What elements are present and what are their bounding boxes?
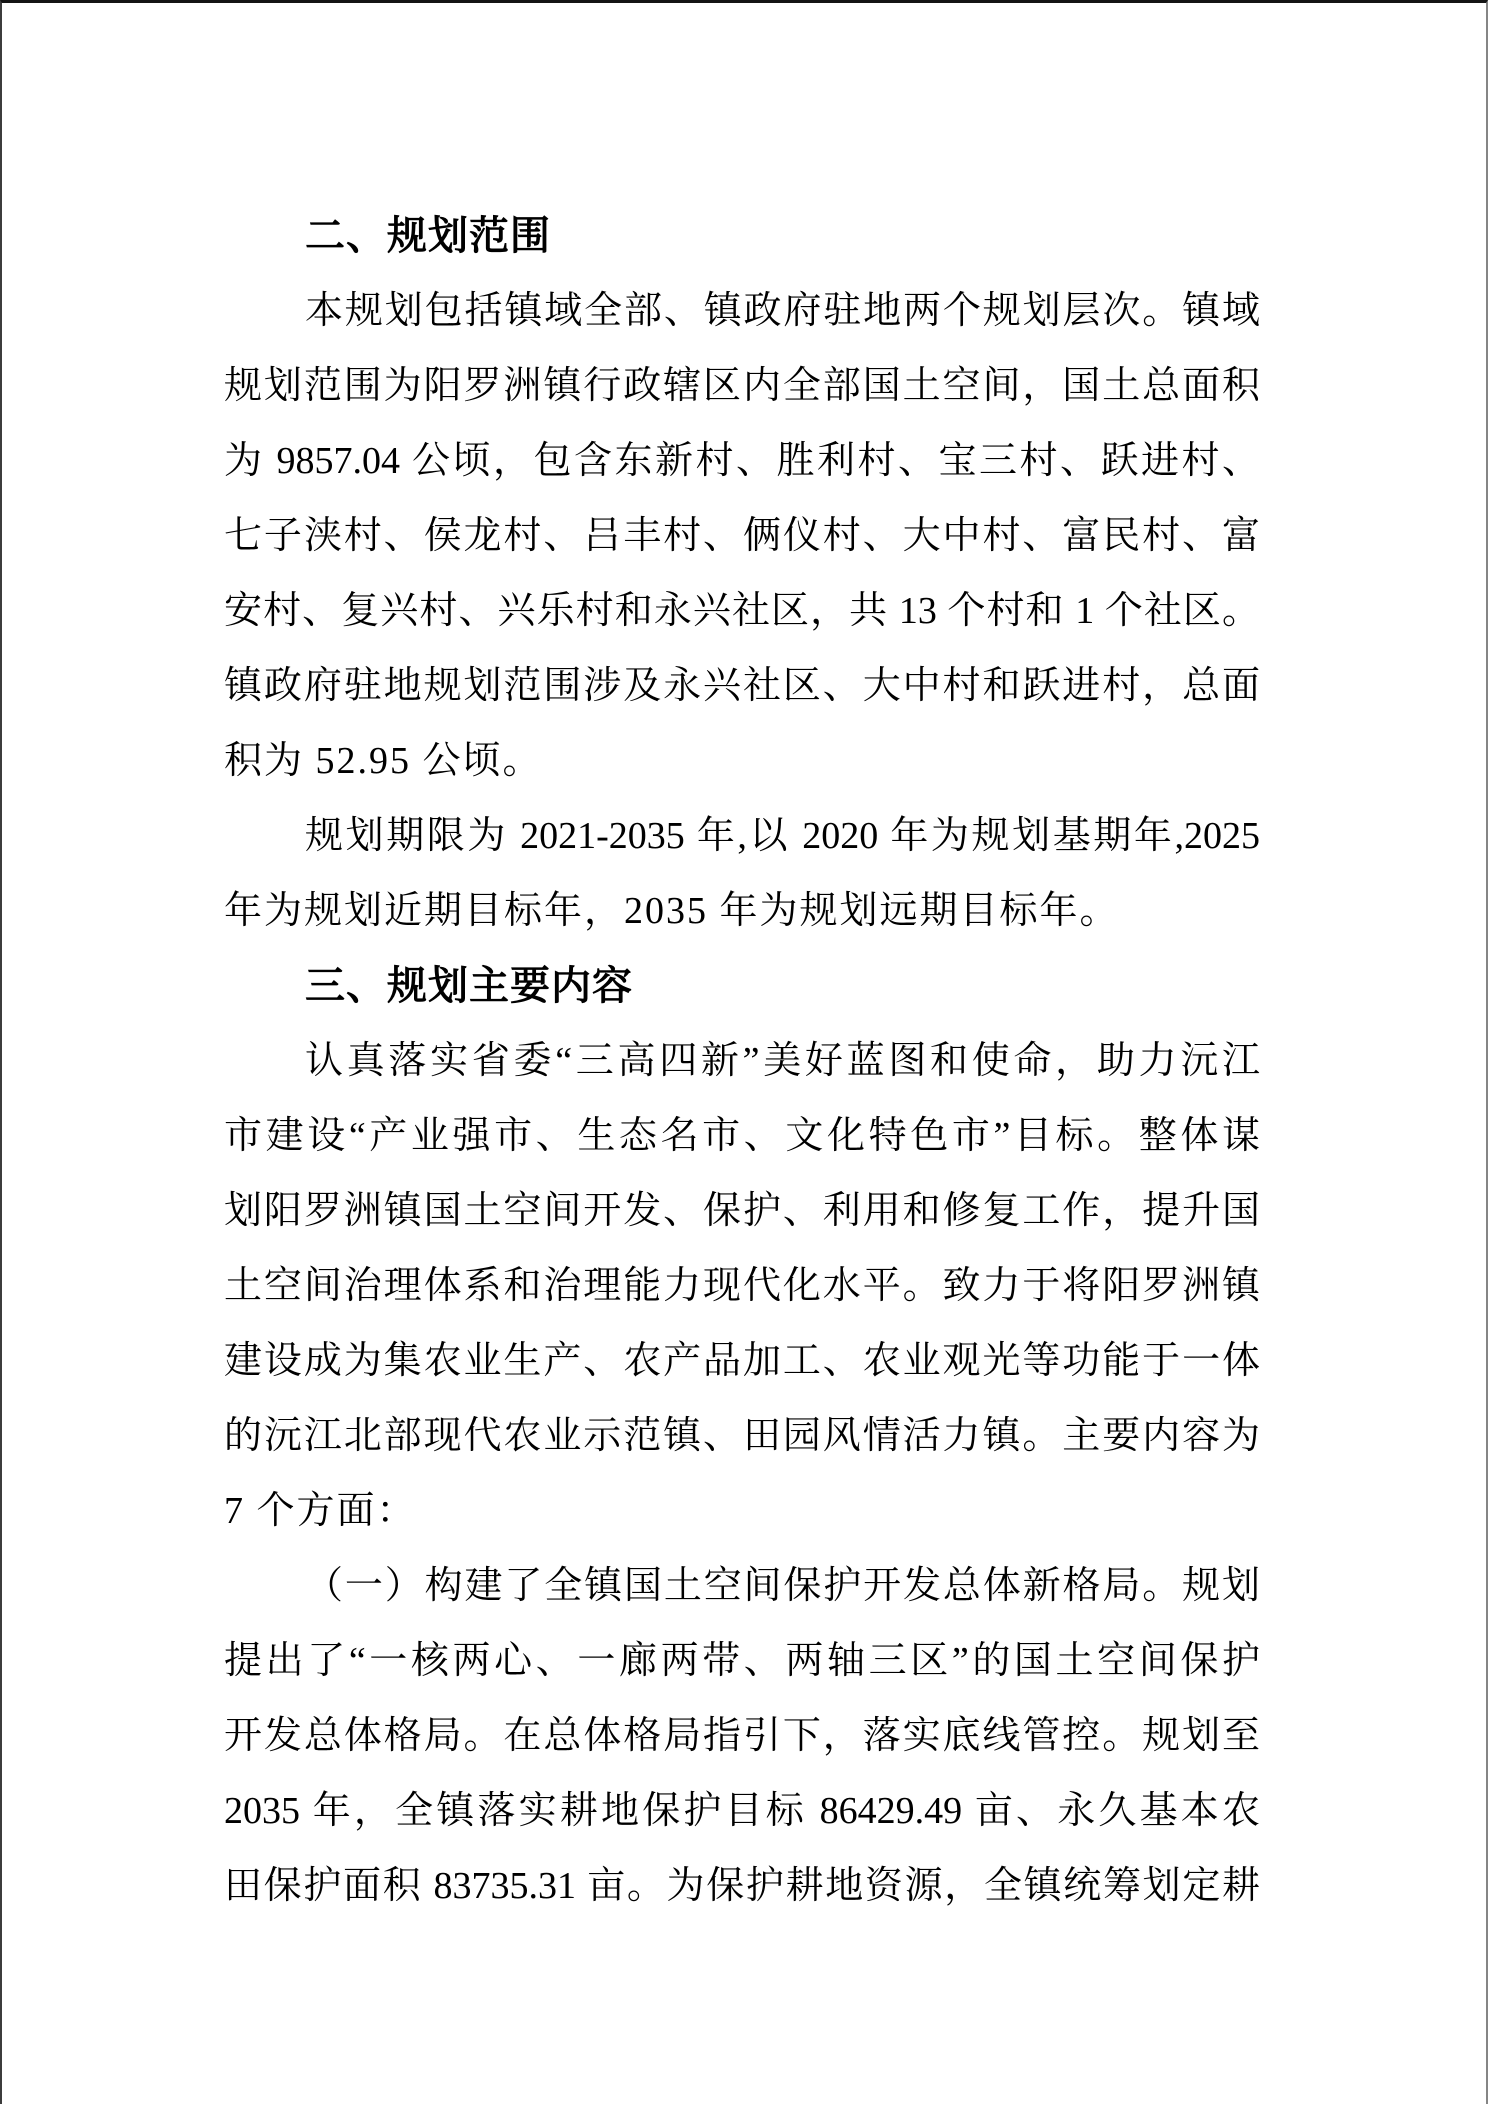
paragraph-main-content-intro: 认真落实省委“三高四新”美好蓝图和使命，助力沅江市建设“产业强市、生态名市、文化… [224, 1024, 1260, 1549]
text-line: 安村、复兴村、兴乐村和永兴社区，共 13 个村和 1 个社区。 [224, 574, 1260, 649]
text-line: 划阳罗洲镇国土空间开发、保护、利用和修复工作，提升国 [224, 1174, 1260, 1249]
text-line: 年为规划近期目标年，2035 年为规划远期目标年。 [224, 874, 1260, 949]
text-line: 提出了“一核两心、一廊两带、两轴三区”的国土空间保护 [224, 1624, 1260, 1699]
paragraph-planning-period: 规划期限为 2021-2035 年,以 2020 年为规划基期年,2025年为规… [224, 799, 1260, 949]
document-page: 二、规划范围 本规划包括镇域全部、镇政府驻地两个规划层次。镇域规划范围为阳罗洲镇… [0, 0, 1488, 2104]
text-line: 土空间治理体系和治理能力现代化水平。致力于将阳罗洲镇 [224, 1249, 1260, 1324]
text-line: 市建设“产业强市、生态名市、文化特色市”目标。整体谋 [224, 1099, 1260, 1174]
text-line: 开发总体格局。在总体格局指引下，落实底线管控。规划至 [224, 1699, 1260, 1774]
text-line: 规划范围为阳罗洲镇行政辖区内全部国土空间，国土总面积 [224, 349, 1260, 424]
paragraph-planning-scope: 本规划包括镇域全部、镇政府驻地两个规划层次。镇域规划范围为阳罗洲镇行政辖区内全部… [224, 274, 1260, 799]
text-line: 七子浃村、侯龙村、吕丰村、俩仪村、大中村、富民村、富 [224, 499, 1260, 574]
paragraph-item-one-spatial-pattern: （一）构建了全镇国土空间保护开发总体新格局。规划提出了“一核两心、一廊两带、两轴… [224, 1549, 1260, 1924]
text-line: （一）构建了全镇国土空间保护开发总体新格局。规划 [224, 1549, 1260, 1624]
document-content: 二、规划范围 本规划包括镇域全部、镇政府驻地两个规划层次。镇域规划范围为阳罗洲镇… [224, 3, 1260, 1924]
text-line: 7 个方面： [224, 1474, 1260, 1549]
text-line: 的沅江北部现代农业示范镇、田园风情活力镇。主要内容为 [224, 1399, 1260, 1474]
text-line: 建设成为集农业生产、农产品加工、农业观光等功能于一体 [224, 1324, 1260, 1399]
text-line: 认真落实省委“三高四新”美好蓝图和使命，助力沅江 [224, 1024, 1260, 1099]
text-line: 本规划包括镇域全部、镇政府驻地两个规划层次。镇域 [224, 274, 1260, 349]
text-line: 镇政府驻地规划范围涉及永兴社区、大中村和跃进村，总面 [224, 649, 1260, 724]
heading-planning-main-content: 三、规划主要内容 [224, 949, 1260, 1024]
text-line: 为 9857.04 公顷，包含东新村、胜利村、宝三村、跃进村、 [224, 424, 1260, 499]
text-line: 田保护面积 83735.31 亩。为保护耕地资源，全镇统筹划定耕 [224, 1849, 1260, 1924]
text-line: 积为 52.95 公顷。 [224, 724, 1260, 799]
text-line: 规划期限为 2021-2035 年,以 2020 年为规划基期年,2025 [224, 799, 1260, 874]
heading-planning-scope: 二、规划范围 [224, 199, 1260, 274]
text-line: 2035 年，全镇落实耕地保护目标 86429.49 亩、永久基本农 [224, 1774, 1260, 1849]
